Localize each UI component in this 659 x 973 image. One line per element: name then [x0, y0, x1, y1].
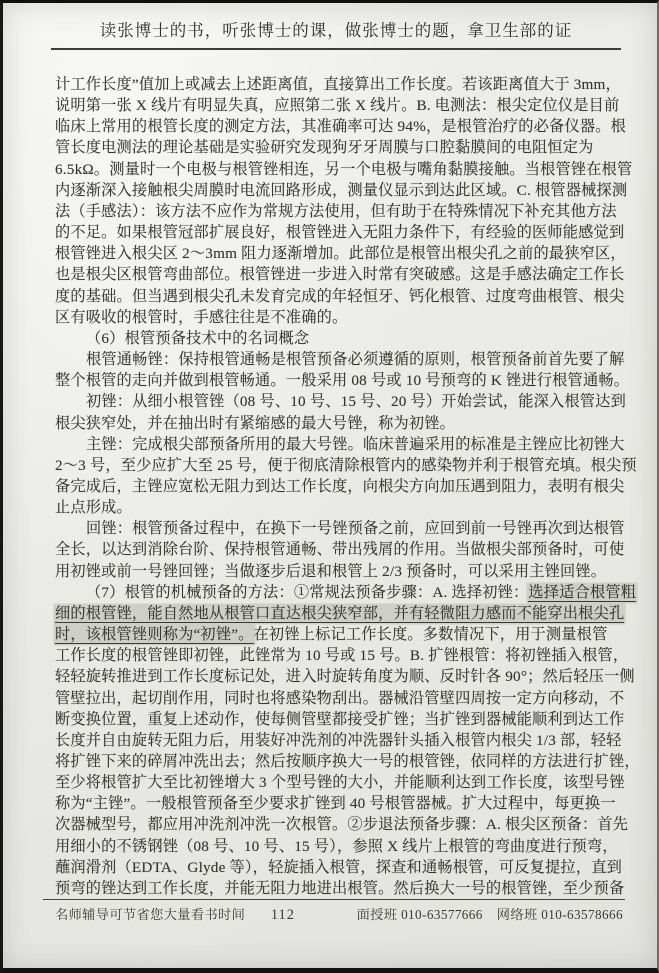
text-segment: 区有吸收的根管时，手感往往是不准确的。: [55, 309, 347, 326]
text-line: 说明第一张 X 线片有明显失真，应照第二张 X 线片。B. 电测法：根尖定位仪是…: [55, 95, 617, 116]
text-segment: 断变换位置，重复上述动作，使每侧管壁都接受扩锉；当扩锉到器械能顺利到达工作: [55, 711, 624, 728]
text-segment: 计工作长度”值加上或减去上述距离值，直接算出工作长度。若该距离值大于 3mm，: [55, 76, 621, 93]
text-line: 整个根管的走向并做到根管畅通。一般采用 08 号或 10 号预弯的 K 锉进行根…: [55, 370, 617, 391]
text-line: 至少将根管扩大至比初锉增大 3 个型号锉的大小，并能顺利达到工作长度，该型号锉: [55, 772, 617, 793]
highlight-segment: 时，该根管锉则称为“初锉”。: [55, 626, 254, 644]
text-segment: 的不足。如果根管冠部扩展良好，根管锉进入无阻力条件下，有经验的医师能感觉到: [55, 224, 624, 241]
text-segment: （7）根管的机械预备的方法：①常规法预备步骤：A. 选择初锉：: [86, 584, 528, 601]
text-line: 临床上常用的根管长度的测定方法，其准确率可达 94%，是根管治疗的必备仪器。根: [55, 116, 617, 137]
text-line: 长度并自由旋转无阻力后，用装好冲洗剂的冲洗器针头插入根管内根尖 1/3 部，轻轻: [55, 730, 617, 751]
text-line: 次器械型号，都应用冲洗剂冲洗一次根管。②步退法预备步骤：A. 根尖区预备：首先: [55, 814, 617, 835]
text-line: 预弯的锉达到工作长度，并能无阻力地进出根管。然后换大一号的根管锉，至少预备: [55, 878, 617, 899]
header-rule: [51, 48, 621, 50]
text-segment: 用初锉或前一号锉回锉；当做逐步后退和根管上 2/3 预备时，可以采用主锉回锉。: [55, 563, 606, 580]
highlight-segment: 细的根管锉，能自然地从根管口直达根尖狭窄部，并有轻微阻力感而不能穿出根尖孔: [55, 605, 624, 623]
text-line: 管长度电测法的理论基础是实验研究发现狗牙牙周膜与口腔黏膜间的电阻恒定为: [55, 137, 617, 158]
text-segment: 度的基础。但当遇到根尖孔未发育完成的年轻恒牙、钙化根管、过度弯曲根管、根尖: [55, 288, 624, 305]
text-line: 工作长度的根管锉即初锉，此锉常为 10 号或 15 号。B. 扩锉根管：将初锉插…: [55, 645, 617, 666]
text-line: 2～3 号，至少应扩大至 25 号，便于彻底清除根管内的感染物并利于根管充填。根…: [55, 455, 617, 476]
text-line: 蘸润滑剂（EDTA、Glyde 等），轻旋插入根管，探查和通畅根管，可反复提拉，…: [55, 857, 617, 878]
footer-rule: [43, 899, 625, 900]
text-line: （7）根管的机械预备的方法：①常规法预备步骤：A. 选择初锉：选择适合根管粗: [55, 582, 617, 603]
text-line: 管壁拉出，起切削作用，同时也将感染物刮出。器械沿管壁四周按一定方向移动，不: [55, 688, 617, 709]
text-line: 时，该根管锉则称为“初锉”。在初锉上标记工作长度。多数情况下，用于测量根管: [55, 624, 617, 645]
text-segment: 备完成后，主锉应宽松无阻力到达工作长度，向根尖方向加压遇到阻力，表明有根尖: [55, 478, 624, 495]
text-segment: 也是根尖区根管弯曲部位。根管锉进一步进入时常有突破感。这是手感法确定工作长: [55, 266, 624, 283]
text-segment: 内逐渐深入接触根尖周膜时电流回路形成，测量仪显示到达此区域。C. 根管器械探测: [55, 182, 627, 199]
text-segment: 初锉：从细小根管锉（08 号、10 号、15 号、20 号）开始尝试，能深入根管…: [86, 393, 626, 410]
text-line: 用细小的不锈钢锉（08 号、10 号、15 号），参照 X 线片上根管的弯曲度进…: [55, 836, 617, 857]
footer-contact-online: 网络班 010-63578666: [497, 904, 623, 923]
text-segment: 称为“主锉”。一般根管预备至少要求扩锉到 40 号根管器械。扩大过程中，每更换一: [55, 795, 616, 812]
text-segment: 长度并自由旋转无阻力后，用装好冲洗剂的冲洗器针头插入根管内根尖 1/3 部，轻轻: [55, 732, 622, 749]
text-line: 称为“主锉”。一般根管预备至少要求扩锉到 40 号根管器械。扩大过程中，每更换一: [55, 793, 617, 814]
text-segment: 工作长度的根管锉即初锉，此锉常为 10 号或 15 号。B. 扩锉根管：将初锉插…: [55, 647, 628, 664]
text-line: 主锉：完成根尖部预备所用的最大号锉。临床普遍采用的标准是主锉应比初锉大: [55, 434, 617, 455]
text-line: 全长，以达到消除台阶、保持根管通畅、带出残屑的作用。当做根尖部预备时，可使: [55, 539, 617, 560]
text-segment: 2～3 号，至少应扩大至 25 号，便于彻底清除根管内的感染物并利于根管充填。根…: [55, 457, 637, 474]
text-line: 根管锉进入根尖区 2～3mm 阻力逐渐增加。此部位是根管出根尖孔之前的最狭窄区，: [55, 243, 617, 264]
text-line: 计工作长度”值加上或减去上述距离值，直接算出工作长度。若该距离值大于 3mm，: [55, 74, 617, 95]
text-line: 将扩锉下来的碎屑冲洗出去；然后按顺序换大一号的根管锉，依同样的方法进行扩锉，: [55, 751, 617, 772]
text-line: 6.5kΩ。测量时一个电极与根管锉相连，另一个电极与嘴角黏膜接触。当根管锉在根管: [55, 159, 617, 180]
footer-contacts: 面授班 010-63577666 网络班 010-63578666: [357, 904, 625, 923]
text-segment: 6.5kΩ。测量时一个电极与根管锉相连，另一个电极与嘴角黏膜接触。当根管锉在根管: [55, 161, 632, 178]
text-segment: 主锉：完成根尖部预备所用的最大号锉。临床普遍采用的标准是主锉应比初锉大: [86, 436, 625, 453]
text-segment: 在初锉上标记工作长度。多数情况下，用于测量根管: [254, 626, 608, 643]
body-text: 计工作长度”值加上或减去上述距离值，直接算出工作长度。若该距离值大于 3mm，说…: [55, 74, 617, 899]
text-line: 法（手感法）：该方法不应作为常规方法使用，但有助于在特殊情况下补充其他方法: [55, 201, 617, 222]
text-segment: 蘸润滑剂（EDTA、Glyde 等），轻旋插入根管，探查和通畅根管，可反复提拉，…: [55, 859, 622, 876]
text-segment: （6）根管预备技术中的名词概念: [86, 330, 309, 347]
page-number: 112: [271, 907, 295, 924]
text-segment: 根尖狭窄处，并在抽出时有紧缩感的最大号锉，称为初锉。: [55, 415, 455, 432]
scanned-page: 读张博士的书，听张博士的课，做张博士的题，拿卫生部的证 计工作长度”值加上或减去…: [0, 0, 659, 973]
text-segment: 将扩锉下来的碎屑冲洗出去；然后按顺序换大一号的根管锉，依同样的方法进行扩锉，: [55, 753, 640, 770]
text-line: 的不足。如果根管冠部扩展良好，根管锉进入无阻力条件下，有经验的医师能感觉到: [55, 222, 617, 243]
text-segment: 回锉：根管预备过程中，在换下一号锉预备之前，应回到前一号锉再次到达根管: [86, 520, 625, 537]
text-line: （6）根管预备技术中的名词概念: [55, 328, 617, 349]
text-line: 止点形成。: [55, 497, 617, 518]
text-segment: 临床上常用的根管长度的测定方法，其准确率可达 94%，是根管治疗的必备仪器。根: [55, 118, 626, 135]
text-line: 根管通畅锉：保持根管通畅是根管预备必须遵循的原则，根管预备前首先要了解: [55, 349, 617, 370]
text-line: 回锉：根管预备过程中，在换下一号锉预备之前，应回到前一号锉再次到达根管: [55, 518, 617, 539]
text-segment: 全长，以达到消除台阶、保持根管通畅、带出残屑的作用。当做根尖部预备时，可使: [55, 541, 624, 558]
text-segment: 管长度电测法的理论基础是实验研究发现狗牙牙周膜与口腔黏膜间的电阻恒定为: [55, 139, 594, 156]
header-slogan: 读张博士的书，听张博士的课，做张博士的题，拿卫生部的证: [51, 17, 621, 41]
text-segment: 次器械型号，都应用冲洗剂冲洗一次根管。②步退法预备步骤：A. 根尖区预备：首先: [55, 816, 628, 833]
text-segment: 说明第一张 X 线片有明显失真，应照第二张 X 线片。B. 电测法：根尖定位仪是…: [55, 97, 619, 114]
text-segment: 轻轻旋转推进到工作长度标记处，进入时旋转角度为顺、反时针各 90°；然后轻压一侧: [55, 668, 635, 685]
text-line: 断变换位置，重复上述动作，使每侧管壁都接受扩锉；当扩锉到器械能顺利到达工作: [55, 709, 617, 730]
text-line: 初锉：从细小根管锉（08 号、10 号、15 号、20 号）开始尝试，能深入根管…: [55, 391, 617, 412]
text-line: 备完成后，主锉应宽松无阻力到达工作长度，向根尖方向加压遇到阻力，表明有根尖: [55, 476, 617, 497]
text-line: 细的根管锉，能自然地从根管口直达根尖狭窄部，并有轻微阻力感而不能穿出根尖孔: [55, 603, 617, 624]
page-header: 读张博士的书，听张博士的课，做张博士的题，拿卫生部的证: [51, 17, 621, 50]
text-line: 根尖狭窄处，并在抽出时有紧缩感的最大号锉，称为初锉。: [55, 413, 617, 434]
footer-contact-onsite: 面授班 010-63577666: [357, 904, 483, 923]
text-segment: 法（手感法）：该方法不应作为常规方法使用，但有助于在特殊情况下补充其他方法: [55, 203, 617, 220]
text-line: 也是根尖区根管弯曲部位。根管锉进一步进入时常有突破感。这是手感法确定工作长: [55, 264, 617, 285]
text-segment: 管壁拉出，起切削作用，同时也将感染物刮出。器械沿管壁四周按一定方向移动，不: [55, 690, 624, 707]
text-segment: 根管锉进入根尖区 2～3mm 阻力逐渐增加。此部位是根管出根尖孔之前的最狭窄区，: [55, 245, 626, 262]
highlight-segment: 选择适合根管粗: [528, 584, 636, 602]
text-segment: 至少将根管扩大至比初锉增大 3 个型号锉的大小，并能顺利达到工作长度，该型号锉: [55, 774, 625, 791]
text-segment: 用细小的不锈钢锉（08 号、10 号、15 号），参照 X 线片上根管的弯曲度进…: [55, 838, 618, 855]
text-segment: 整个根管的走向并做到根管畅通。一般采用 08 号或 10 号预弯的 K 锉进行根…: [55, 372, 629, 389]
text-line: 度的基础。但当遇到根尖孔未发育完成的年轻恒牙、钙化根管、过度弯曲根管、根尖: [55, 286, 617, 307]
page-footer: 名师辅导可节省您大量看书时间 112 面授班 010-63577666 网络班 …: [43, 899, 625, 924]
text-line: 区有吸收的根管时，手感往往是不准确的。: [55, 307, 617, 328]
footer-note: 名师辅导可节省您大量看书时间: [43, 904, 245, 923]
text-line: 用初锉或前一号锉回锉；当做逐步后退和根管上 2/3 预备时，可以采用主锉回锉。: [55, 561, 617, 582]
text-segment: 预弯的锉达到工作长度，并能无阻力地进出根管。然后换大一号的根管锉，至少预备: [55, 880, 624, 897]
text-segment: 止点形成。: [55, 499, 132, 516]
text-segment: 根管通畅锉：保持根管通畅是根管预备必须遵循的原则，根管预备前首先要了解: [86, 351, 625, 368]
text-line: 轻轻旋转推进到工作长度标记处，进入时旋转角度为顺、反时针各 90°；然后轻压一侧: [55, 666, 617, 687]
text-line: 内逐渐深入接触根尖周膜时电流回路形成，测量仪显示到达此区域。C. 根管器械探测: [55, 180, 617, 201]
